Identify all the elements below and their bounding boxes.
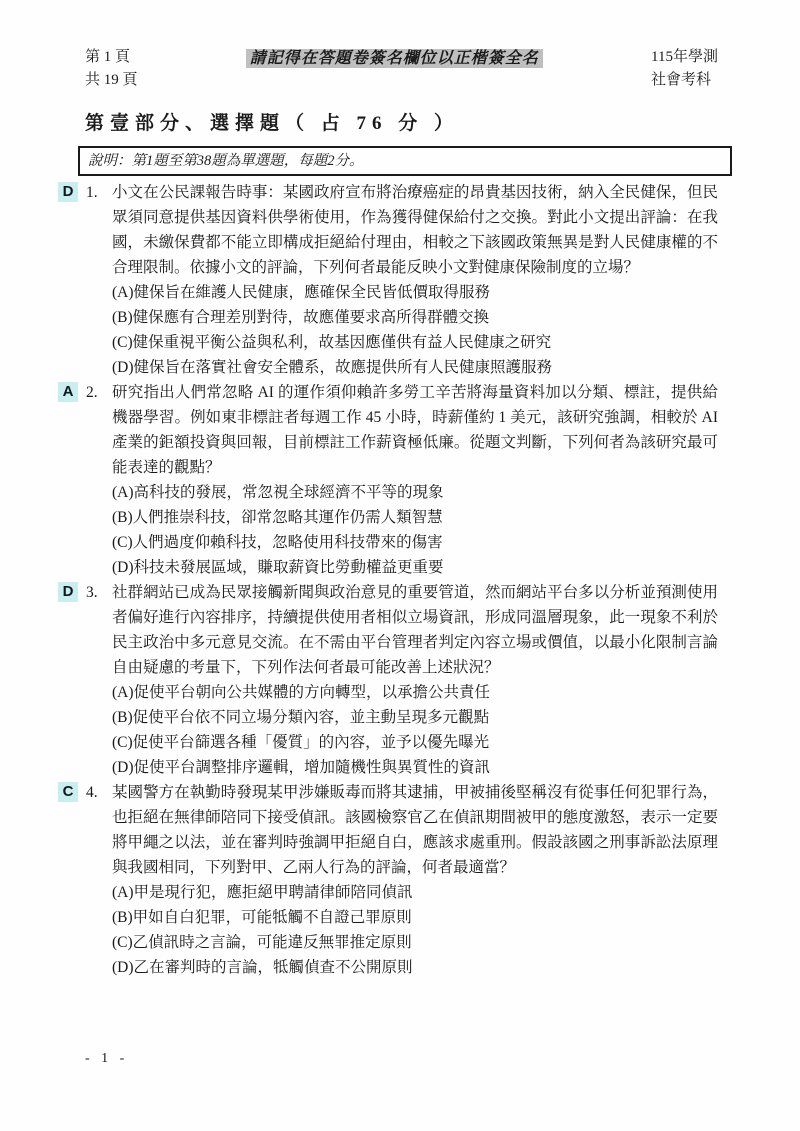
answer-badge: D [58,582,78,602]
option-d: (D)促使平台調整排序邏輯，增加隨機性與異質性的資訊 [112,755,718,780]
answer-badge: D [58,182,78,202]
question-number: 2. [86,380,112,405]
question-1: D 1. 小文在公民課報告時事：某國政府宣布將治療癌症的昂貴基因技術，納入全民健… [58,180,718,380]
question-stem: 研究指出人們常忽略 AI 的運作須仰賴許多勞工辛苦將海量資料加以分類、標註，提供… [112,380,718,480]
option-a: (A)健保旨在維護人民健康，應確保全民皆低價取得服務 [112,280,718,305]
instruction-text: 說明：第1題至第38題為單選題，每題2分。 [88,153,364,169]
option-d: (D)健保旨在落實社會安全體系，故應提供所有人民健康照護服務 [112,355,718,380]
page-count-block: 第 1 頁 共 19 頁 [85,46,138,92]
page-total-label: 共 19 頁 [85,69,138,92]
question-body: 研究指出人們常忽略 AI 的運作須仰賴許多勞工辛苦將海量資料加以分類、標註，提供… [112,380,718,580]
option-a: (A)甲是現行犯，應拒絕甲聘請律師陪同偵訊 [112,880,718,905]
question-4: C 4. 某國警方在執勤時發現某甲涉嫌販毒而將其逮捕，甲被捕後堅稱沒有從事任何犯… [58,780,718,980]
option-d: (D)科技未發展區域，賺取薪資比勞動權益更重要 [112,555,718,580]
section-title: 第壹部分、選擇題（ 占 76 分 ） [85,108,459,135]
question-stem: 社群網站已成為民眾接觸新聞與政治意見的重要管道，然而網站平台多以分析並預測使用者… [112,580,718,680]
question-2: A 2. 研究指出人們常忽略 AI 的運作須仰賴許多勞工辛苦將海量資料加以分類、… [58,380,718,580]
exam-subject-label: 社會考科 [651,69,718,92]
exam-year-label: 115年學測 [651,46,718,69]
answer-badge: A [58,382,78,402]
question-number: 1. [86,180,112,205]
page-footer: - 1 - [85,1051,128,1067]
question-number: 3. [86,580,112,605]
instruction-box: 說明：第1題至第38題為單選題，每題2分。 [78,146,732,176]
question-3: D 3. 社群網站已成為民眾接觸新聞與政治意見的重要管道，然而網站平台多以分析並… [58,580,718,780]
option-a: (A)促使平台朝向公共媒體的方向轉型，以承擔公共責任 [112,680,718,705]
question-body: 小文在公民課報告時事：某國政府宣布將治療癌症的昂貴基因技術，納入全民健保，但民眾… [112,180,718,380]
option-b: (B)人們推崇科技，卻常忽略其運作仍需人類智慧 [112,505,718,530]
page-number-label: 第 1 頁 [85,46,138,69]
question-stem: 小文在公民課報告時事：某國政府宣布將治療癌症的昂貴基因技術，納入全民健保，但民眾… [112,180,718,280]
signature-notice: 請記得在答題卷簽名欄位以正楷簽全名 [246,47,543,71]
answer-badge: C [58,782,78,802]
option-c: (C)健保重視平衡公益與私利，故基因應僅供有益人民健康之研究 [112,330,718,355]
option-b: (B)健保應有合理差別對待，故應僅要求高所得群體交換 [112,305,718,330]
question-body: 社群網站已成為民眾接觸新聞與政治意見的重要管道，然而網站平台多以分析並預測使用者… [112,580,718,780]
page-header: 第 1 頁 共 19 頁 請記得在答題卷簽名欄位以正楷簽全名 115年學測 社會… [85,46,718,92]
option-b: (B)甲如自白犯罪，可能牴觸不自證己罪原則 [112,905,718,930]
exam-info-block: 115年學測 社會考科 [651,46,718,92]
option-a: (A)高科技的發展，常忽視全球經濟不平等的現象 [112,480,718,505]
question-stem: 某國警方在執勤時發現某甲涉嫌販毒而將其逮捕，甲被捕後堅稱沒有從事任何犯罪行為，也… [112,780,718,880]
option-c: (C)人們過度仰賴科技，忽略使用科技帶來的傷害 [112,530,718,555]
option-b: (B)促使平台依不同立場分類內容，並主動呈現多元觀點 [112,705,718,730]
exam-page: 第 1 頁 共 19 頁 請記得在答題卷簽名欄位以正楷簽全名 115年學測 社會… [0,0,800,1131]
question-number: 4. [86,780,112,805]
question-list: D 1. 小文在公民課報告時事：某國政府宣布將治療癌症的昂貴基因技術，納入全民健… [58,180,718,980]
question-body: 某國警方在執勤時發現某甲涉嫌販毒而將其逮捕，甲被捕後堅稱沒有從事任何犯罪行為，也… [112,780,718,980]
option-c: (C)乙偵訊時之言論，可能違反無罪推定原則 [112,930,718,955]
signature-notice-text: 請記得在答題卷簽名欄位以正楷簽全名 [246,49,543,68]
option-d: (D)乙在審判時的言論，牴觸偵查不公開原則 [112,955,718,980]
option-c: (C)促使平台篩選各種「優質」的內容，並予以優先曝光 [112,730,718,755]
